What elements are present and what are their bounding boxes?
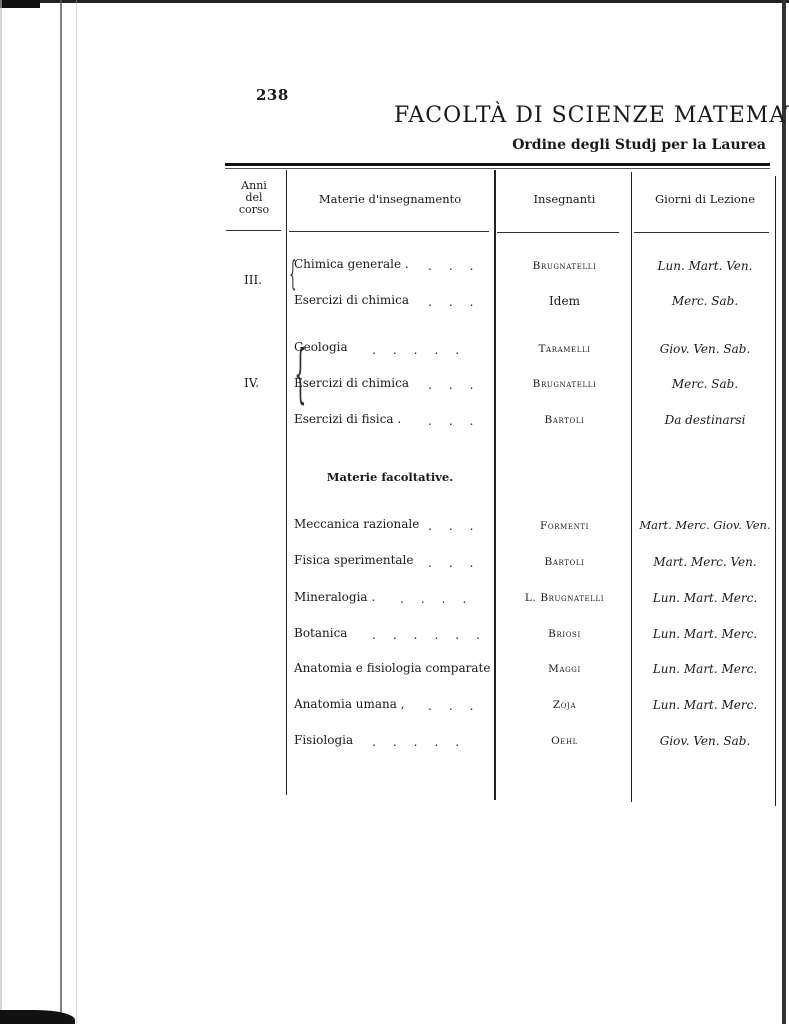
subject-anatomia-fisiologia-comparate: Anatomia e fisiologia comparate	[294, 661, 490, 675]
header-underline-subject	[289, 231, 489, 232]
binding-gutter-line-faint	[76, 0, 77, 1024]
dot-leaders: ...	[428, 259, 490, 273]
dot-leaders: .....	[372, 343, 476, 357]
header-underline-year	[226, 230, 281, 231]
scan-corner-shadow	[0, 0, 40, 8]
binding-gutter-line	[60, 0, 62, 1024]
column-header-subject: Materie d'insegnamento	[290, 193, 490, 205]
dot-leaders: ...	[428, 295, 490, 309]
teacher-bartoli: Bartoli	[497, 414, 632, 426]
subject-esercizi-chimica: Esercizi di chimica	[294, 293, 409, 307]
subject-meccanica-razionale: Meccanica razionale	[294, 517, 419, 531]
year-label-iii: III.	[244, 273, 262, 287]
page-right-edge	[782, 0, 786, 1024]
dot-leaders: ....	[400, 592, 483, 606]
teacher-bartoli-opt: Bartoli	[497, 556, 632, 568]
column-divider-2	[494, 170, 496, 800]
dot-leaders: ...	[428, 519, 490, 533]
section-label-optional: Materie facoltative.	[290, 470, 490, 484]
days-anatomia-umana: Lun. Mart. Merc.	[634, 698, 776, 712]
teacher-brugnatelli: Brugnatelli	[497, 260, 632, 272]
dot-leaders: ...	[428, 414, 490, 428]
header-underline-teacher	[497, 232, 619, 233]
column-divider-1	[286, 170, 287, 795]
teacher-idem: Idem	[497, 294, 632, 308]
days-esercizi-chimica: Merc. Sab.	[634, 294, 776, 308]
scan-bottom-shadow	[0, 1010, 75, 1024]
days-fisica-sperimentale: Mart. Merc. Ven.	[634, 555, 776, 569]
page-subtitle: Ordine degli Studj per la Laurea	[512, 137, 766, 153]
subject-anatomia-umana: Anatomia umana ,	[294, 697, 405, 711]
days-esercizi-fisica: Da destinarsi	[634, 413, 776, 427]
page-number: 238	[256, 86, 289, 104]
days-meccanica-razionale: Mart. Merc. Giov. Ven.	[634, 518, 776, 532]
page-gutter-edge	[0, 0, 2, 1024]
subject-esercizi-fisica: Esercizi di fisica .	[294, 412, 401, 426]
teacher-briosi: Briosi	[497, 628, 632, 640]
teacher-maggi: Maggi	[497, 663, 632, 675]
column-header-teacher: Insegnanti	[497, 193, 632, 205]
days-botanica: Lun. Mart. Merc.	[634, 627, 776, 641]
days-chimica-generale: Lun. Mart. Ven.	[634, 259, 776, 273]
subject-chimica-generale: Chimica generale .	[294, 257, 409, 271]
subject-esercizi-chimica-iv: Esercizi di chimica	[294, 376, 409, 390]
subject-botanica: Botanica	[294, 626, 347, 640]
scan-top-edge	[0, 0, 789, 3]
teacher-formenti: Formenti	[497, 520, 632, 532]
dot-leaders: ...	[428, 556, 490, 570]
teacher-zoja: Zoja	[497, 699, 632, 711]
days-mineralogia: Lun. Mart. Merc.	[634, 591, 776, 605]
column-header-days: Giorni di Lezione	[634, 193, 776, 205]
column-header-year: Anni del corso	[226, 180, 282, 216]
subject-geologia: Geologia	[294, 340, 348, 354]
subject-fisiologia: Fisiologia	[294, 733, 353, 747]
days-fisiologia: Giov. Ven. Sab.	[634, 734, 776, 748]
teacher-l-brugnatelli: L. Brugnatelli	[497, 592, 632, 604]
subject-fisica-sperimentale: Fisica sperimentale	[294, 553, 414, 567]
dot-leaders: ...	[428, 378, 490, 392]
column-header-year-line3: corso	[226, 204, 282, 216]
dot-leaders: ...	[428, 699, 490, 713]
days-geologia: Giov. Ven. Sab.	[634, 342, 776, 356]
teacher-taramelli: Taramelli	[497, 343, 632, 355]
header-rule-thick	[225, 163, 770, 166]
dot-leaders: ......	[372, 628, 497, 642]
days-anatomia-comparate: Lun. Mart. Merc.	[634, 662, 776, 676]
dot-leaders: .....	[372, 735, 476, 749]
teacher-brugnatelli-iv: Brugnatelli	[497, 378, 632, 390]
subject-mineralogia: Mineralogia .	[294, 590, 375, 604]
days-esercizi-chimica-iv: Merc. Sab.	[634, 377, 776, 391]
header-rule-thin	[225, 168, 770, 169]
year-label-iv: IV.	[244, 376, 259, 390]
header-underline-days	[634, 232, 769, 233]
teacher-oehl: Oehl	[497, 735, 632, 747]
page-title: FACOLTÀ DI SCIENZE MATEMATICHE	[394, 103, 789, 128]
